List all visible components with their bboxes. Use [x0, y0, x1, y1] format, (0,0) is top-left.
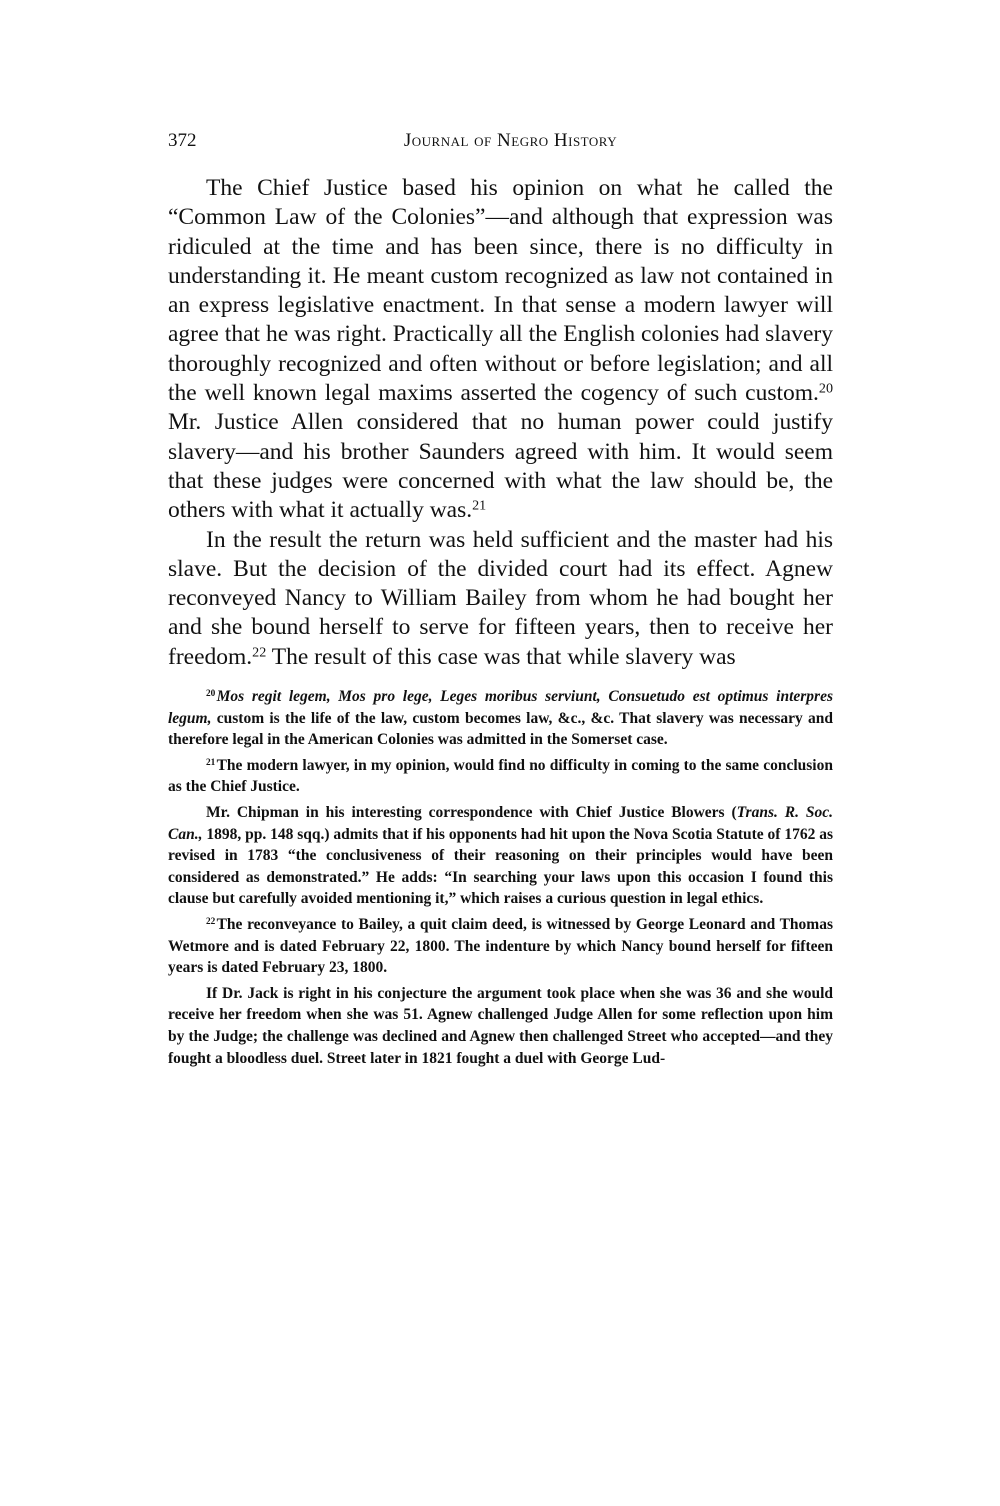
footnote-text: Mr. Chipman in his interesting correspon…: [206, 804, 737, 821]
footnote-22-continued: If Dr. Jack is right in his conjecture t…: [168, 983, 833, 1069]
footnote-text: If Dr. Jack is right in his conjecture t…: [168, 985, 833, 1067]
footnote-ref: 22: [252, 644, 266, 660]
footnote-text: The reconveyance to Bailey, a quit claim…: [168, 916, 833, 976]
footnotes: 20 Mos regit legem, Mos pro lege, Leges …: [168, 686, 833, 1069]
footnote-ref: 20: [819, 380, 833, 396]
footnote-20: 20 Mos regit legem, Mos pro lege, Leges …: [168, 686, 833, 751]
paragraph-text: The Chief Justice based his opinion on w…: [168, 175, 833, 406]
footnote-21-continued: Mr. Chipman in his interesting correspon…: [168, 802, 833, 910]
footnote-text: 1898, pp. 148 sqq.) admits that if his o…: [168, 826, 833, 908]
body-paragraph: The Chief Justice based his opinion on w…: [168, 174, 833, 526]
footnote-number: 20: [206, 689, 215, 699]
footnote-number: 21: [206, 758, 215, 768]
footnote-22: 22 The reconveyance to Bailey, a quit cl…: [168, 914, 833, 979]
journal-title: Journal of Negro History: [168, 126, 833, 156]
footnote-ref: 21: [472, 498, 486, 514]
footnote-number: 22: [206, 917, 215, 927]
footnote-text: The modern lawyer, in my opinion, would …: [168, 757, 833, 796]
paragraph-text: The result of this case was that while s…: [266, 644, 735, 670]
footnote-21: 21 The modern lawyer, in my opinion, wou…: [168, 755, 833, 798]
footnote-text: custom is the life of the law, custom be…: [168, 710, 833, 749]
body-paragraph: In the result the return was held suffic…: [168, 526, 833, 672]
document-page: 372 Journal of Negro History The Chief J…: [168, 126, 833, 1073]
running-head: 372 Journal of Negro History: [168, 126, 833, 156]
main-text: The Chief Justice based his opinion on w…: [168, 174, 833, 672]
paragraph-text: Mr. Justice Allen considered that no hum…: [168, 409, 833, 523]
